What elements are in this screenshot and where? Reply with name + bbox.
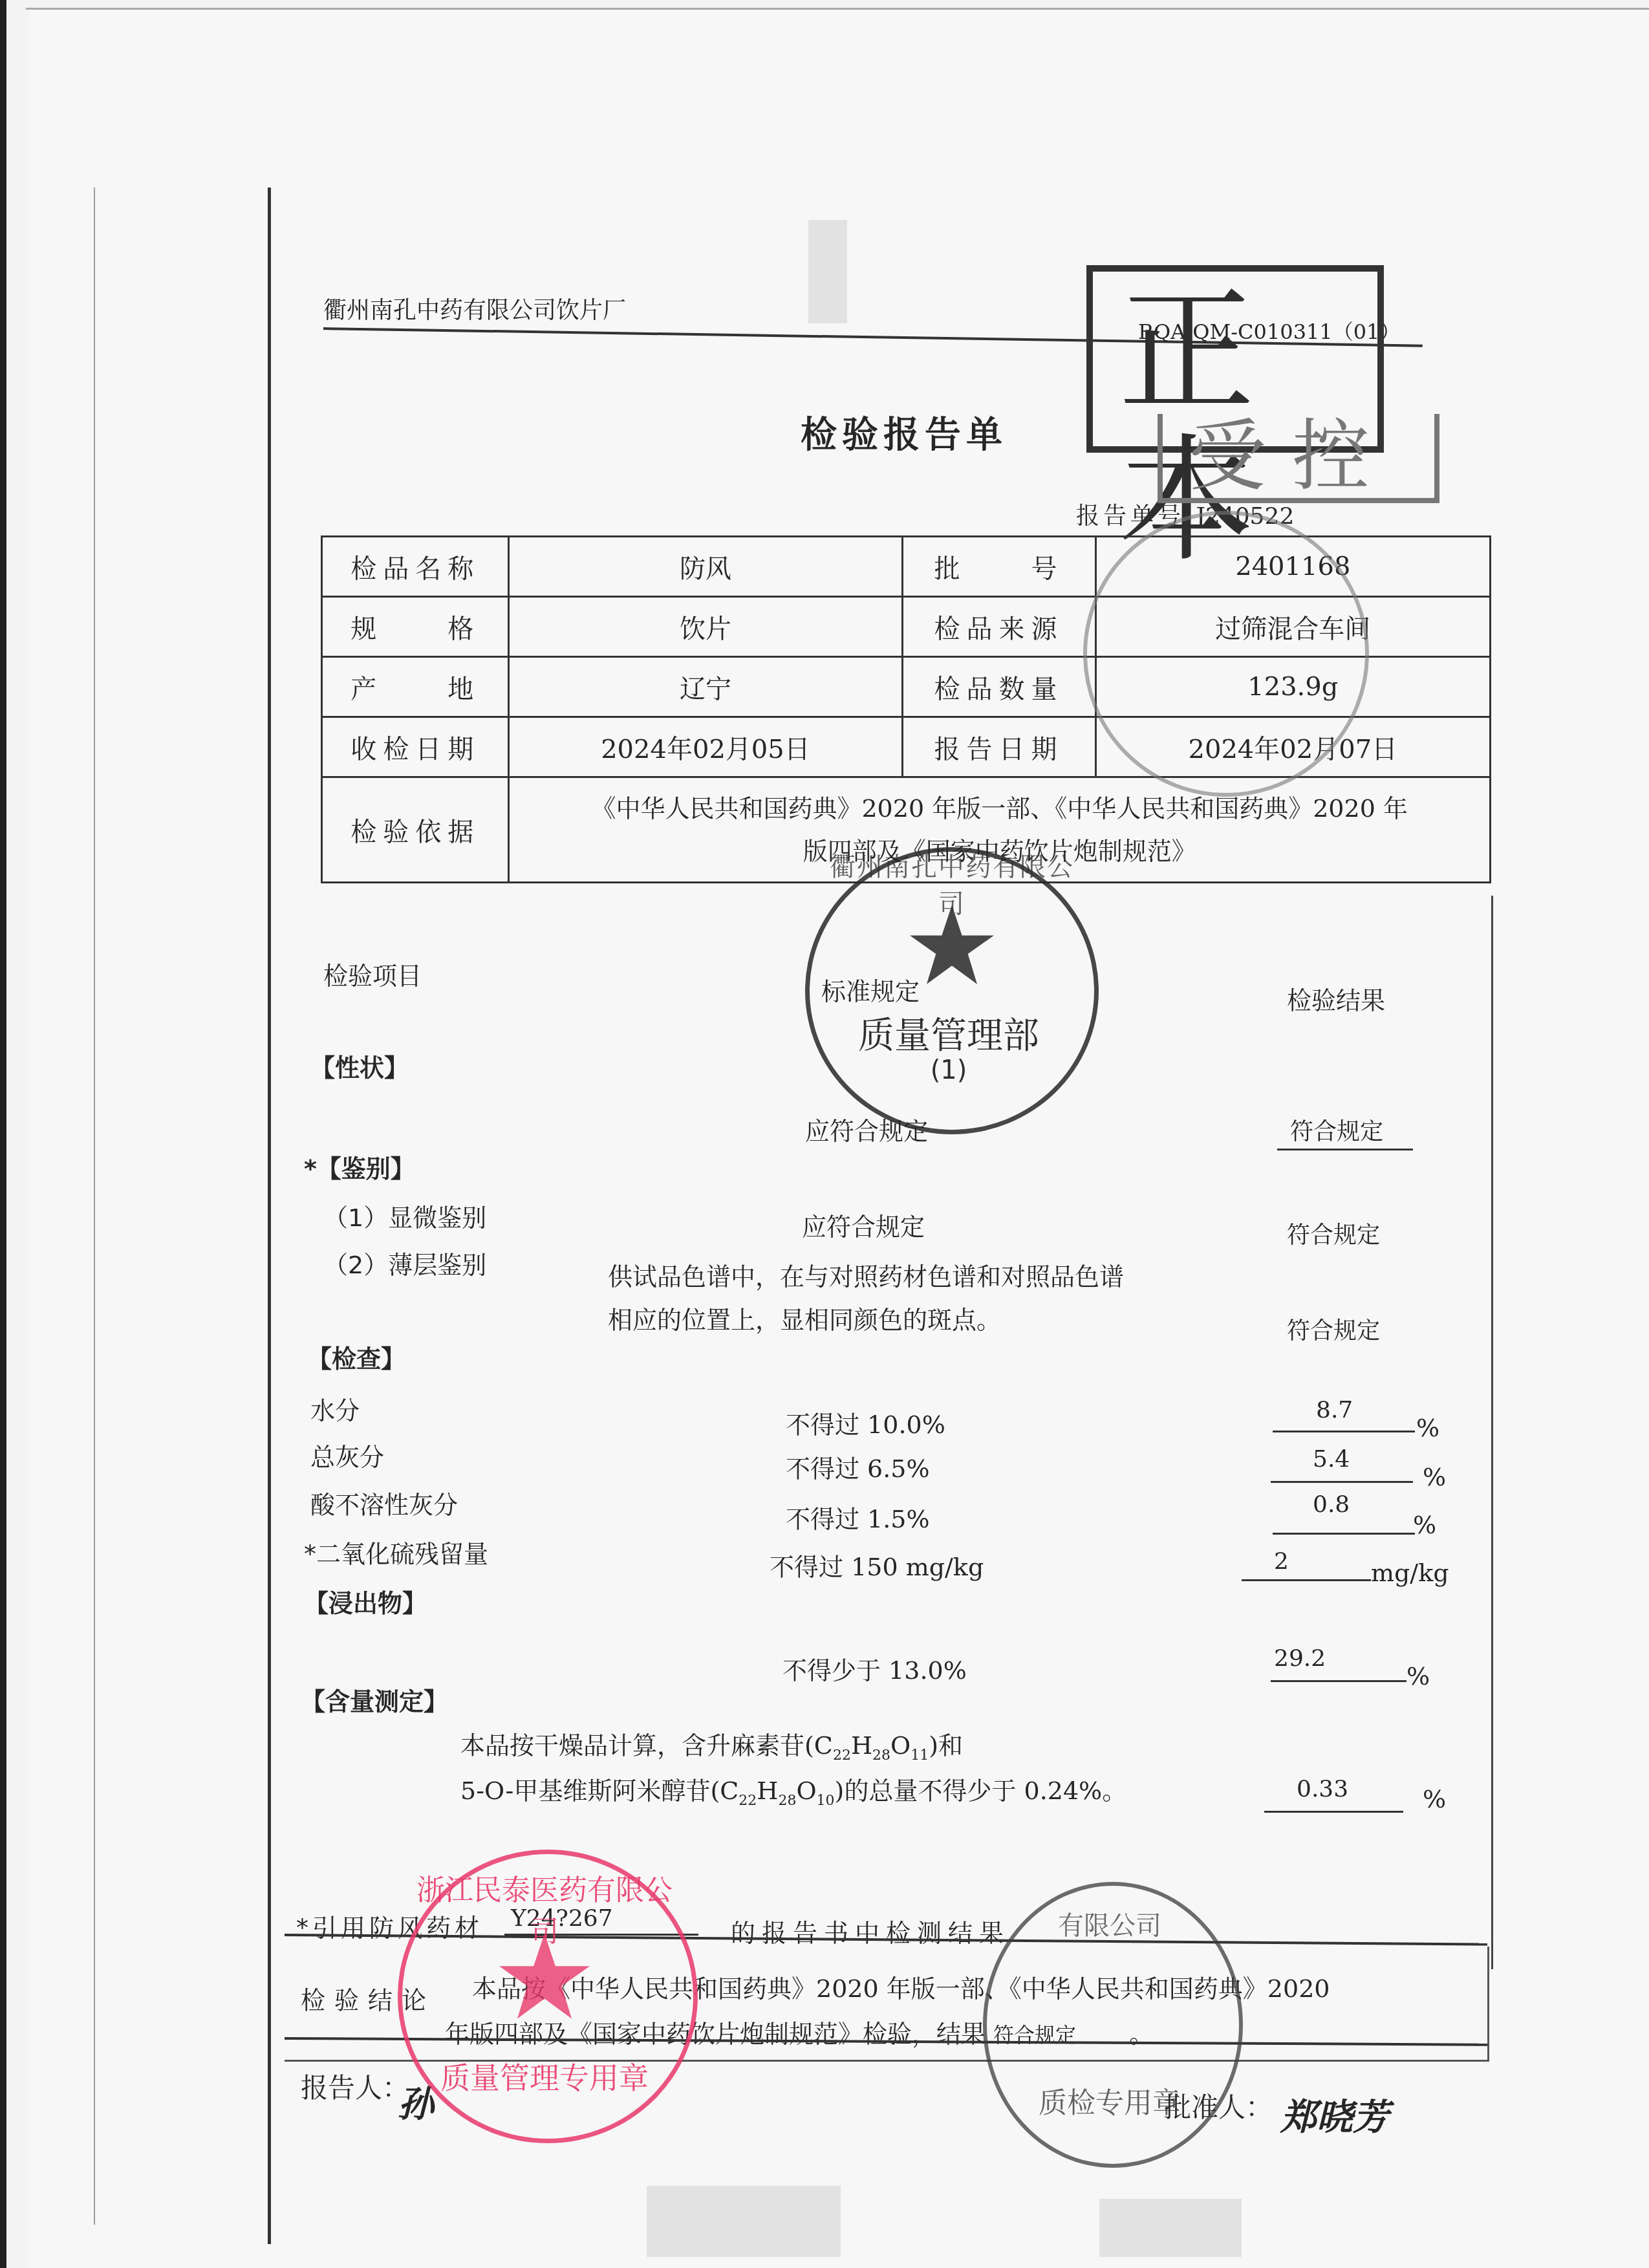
result-underline — [1273, 1533, 1415, 1535]
character-result: 符合规定 — [1290, 1114, 1383, 1147]
quality-dept-stamp-text: 质量管理部 — [810, 1007, 1088, 1059]
result-underline — [1242, 1579, 1371, 1581]
assay-standard-line-1: 本品按干燥品计算，含升麻素苷(C22H28O11)和 — [460, 1725, 963, 1764]
extract-unit: % — [1406, 1662, 1430, 1690]
binding-line — [268, 188, 271, 2244]
controlled-stamp-text: 受控 — [1189, 394, 1396, 506]
identification-standard: 应符合规定 — [802, 1207, 925, 1242]
label-receive-date: 收检日期 — [322, 717, 509, 777]
label-sample-name: 检品名称 — [322, 537, 509, 597]
binding-line-thin — [94, 188, 95, 2225]
identification-standard: 供试品色谱中，在与对照药材色谱和对照品色谱 — [608, 1257, 1124, 1292]
inspection-result: 2 — [1274, 1548, 1289, 1575]
inspection-item-moisture: 水分 — [310, 1390, 360, 1426]
inspection-standard: 不得过 150 mg/kg — [770, 1547, 984, 1582]
inspection-unit: % — [1413, 1511, 1436, 1539]
scan-artifact — [647, 2186, 841, 2257]
qc-stamp-arc: 有限公司 — [1013, 1905, 1207, 1942]
column-header-item: 检验项目 — [323, 956, 422, 991]
section-assay: 【含量测定】 — [301, 1681, 448, 1717]
result-underline — [1271, 1680, 1406, 1682]
quality-dept-stamp-arc: 衢州南孔中药有限公司 — [829, 847, 1075, 920]
extract-standard: 不得少于 13.0% — [782, 1650, 967, 1686]
inspection-result: 8.7 — [1316, 1397, 1353, 1423]
quality-dept-stamp-no: (1) — [810, 1055, 1088, 1085]
inspection-standard: 不得过 10.0% — [786, 1405, 945, 1440]
label-basis: 检验依据 — [322, 777, 509, 883]
assay-unit: % — [1423, 1785, 1446, 1813]
label-quantity: 检品数量 — [902, 657, 1095, 717]
identification-standard: 相应的位置上，显相同颜色的斑点。 — [608, 1300, 1001, 1335]
section-extract: 【浸出物】 — [304, 1583, 427, 1619]
qc-stamp: 有限公司 质检专用章 — [983, 1882, 1243, 2168]
identification-result: 符合规定 — [1287, 1217, 1380, 1250]
quality-dept-stamp: 衢州南孔中药有限公司 质量管理部 (1) — [805, 847, 1099, 1134]
value-origin: 辽宁 — [509, 657, 902, 717]
qc-stamp-text: 质检专用章 — [987, 2080, 1233, 2121]
reporter-label: 报告人： — [301, 2067, 409, 2106]
label-report-date: 报告日期 — [902, 717, 1095, 777]
result-underline — [1271, 1481, 1413, 1483]
red-quality-stamp: 浙江民泰医药有限公司 质量管理专用章 — [398, 1850, 698, 2143]
scan-edge-top — [26, 8, 1649, 10]
inspection-item-acid-insoluble-ash: 酸不溶性灰分 — [310, 1485, 458, 1520]
assay-result: 0.33 — [1297, 1776, 1348, 1802]
result-underline — [1264, 1811, 1403, 1813]
result-underline — [1273, 1431, 1415, 1432]
label-spec: 规 格 — [322, 597, 509, 657]
assay-standard-line-2: 5-O-甲基维斯阿米醇苷(C22H28O10)的总量不得少于 0.24%。 — [460, 1771, 1126, 1809]
identification-item: （2）薄层鉴别 — [323, 1245, 486, 1280]
red-quality-stamp-arc: 浙江民泰医药有限公司 — [409, 1867, 680, 1950]
inspection-unit: mg/kg — [1371, 1559, 1449, 1587]
value-receive-date: 2024年02月05日 — [509, 717, 902, 777]
inspection-standard: 不得过 1.5% — [786, 1499, 930, 1535]
result-underline — [1277, 1149, 1413, 1150]
page-title: 检验报告单 — [801, 406, 1008, 458]
inspection-item-sulfur-dioxide: *二氧化硫残留量 — [304, 1534, 488, 1570]
label-batch-no: 批 号 — [902, 537, 1095, 597]
inspection-result: 0.8 — [1313, 1491, 1350, 1518]
value-spec: 饮片 — [509, 597, 902, 657]
inspection-unit: % — [1423, 1463, 1446, 1491]
scan-edge — [0, 0, 6, 2268]
label-origin: 产 地 — [322, 657, 509, 717]
column-header-result: 检验结果 — [1287, 980, 1385, 1016]
company-name: 衢州南孔中药有限公司饮片厂 — [323, 292, 626, 325]
basis-line-1: 《中华人民共和国药典》2020 年版一部、《中华人民共和国药典》2020 年 — [516, 787, 1483, 830]
inspection-result: 5.4 — [1313, 1446, 1350, 1473]
inspection-unit: % — [1416, 1414, 1439, 1442]
section-inspection: 【检查】 — [307, 1339, 405, 1374]
label-source: 检品来源 — [902, 597, 1095, 657]
value-sample-name: 防风 — [509, 537, 902, 597]
controlled-stamp: 受控 — [1158, 414, 1439, 503]
scan-artifact — [808, 220, 847, 323]
scan-artifact — [1099, 2199, 1242, 2257]
extract-result: 29.2 — [1274, 1645, 1326, 1672]
section-identification: *【鉴别】 — [304, 1149, 415, 1184]
section-character: 【性状】 — [310, 1048, 409, 1083]
red-quality-stamp-text: 质量管理专用章 — [402, 2055, 687, 2097]
identification-result: 符合规定 — [1287, 1313, 1380, 1346]
citation-suffix: 的报告书中检测结果 — [731, 1913, 1010, 1949]
company-stamp-faded — [1083, 511, 1369, 797]
inspection-item-total-ash: 总灰分 — [310, 1437, 384, 1473]
approver-signature: 郑晓芳 — [1280, 2089, 1389, 2141]
inspection-standard: 不得过 6.5% — [786, 1449, 930, 1484]
identification-item: （1）显微鉴别 — [323, 1198, 486, 1233]
